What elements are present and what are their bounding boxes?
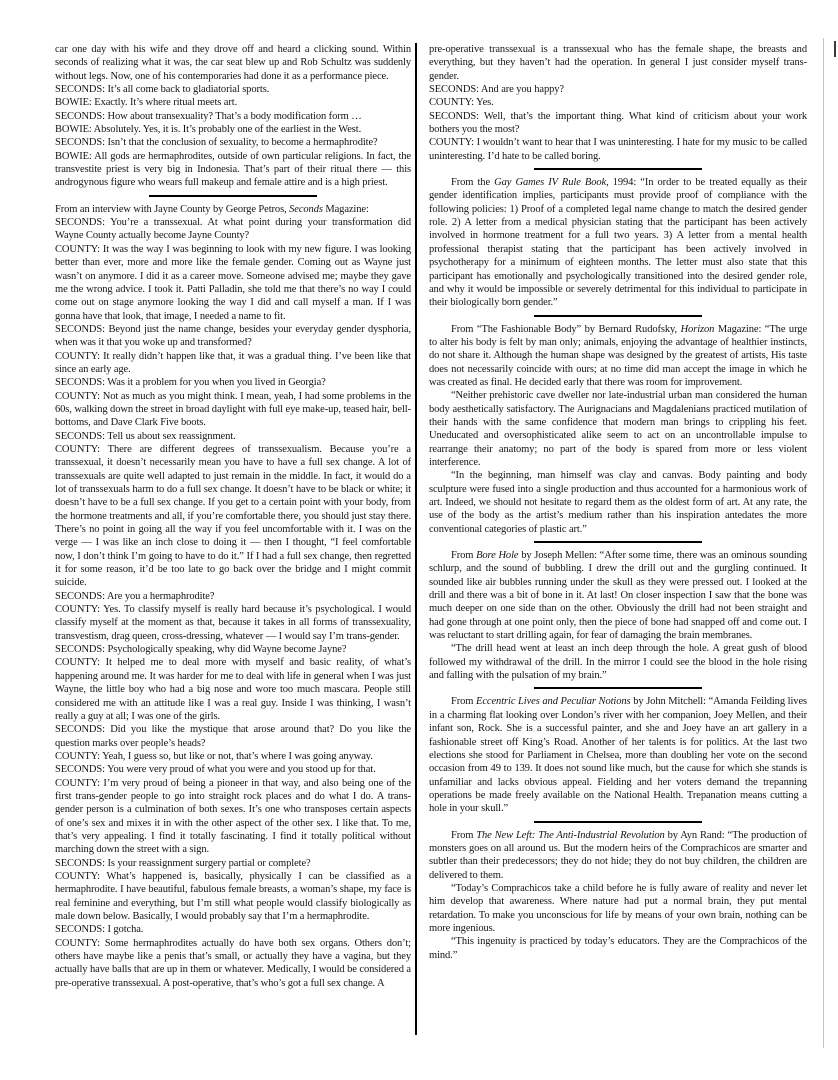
paragraph: “Neither prehistoric cave dweller nor la… <box>429 389 807 469</box>
paragraph: COUNTY: What’s happened is, basically, p… <box>55 870 411 923</box>
text-run: SECONDS: Was it a problem for you when y… <box>55 377 326 388</box>
text-run: by Joseph Mellen: “After some time, ther… <box>429 550 807 641</box>
paragraph: From The New Left: The Anti-Industrial R… <box>429 829 807 882</box>
text-run: SECONDS: Is your reassignment surgery pa… <box>55 858 311 869</box>
paragraph: SECONDS: You were very proud of what you… <box>55 763 411 776</box>
text-run: car one day with his wife and they drove… <box>55 44 411 82</box>
text-run: From the <box>451 177 494 188</box>
two-column-layout: car one day with his wife and they drove… <box>55 43 807 1035</box>
paragraph: From Eccentric Lives and Peculiar Notion… <box>429 695 807 815</box>
section-separator-rule <box>534 821 702 823</box>
text-run: SECONDS: Isn’t that the conclusion of se… <box>55 137 378 148</box>
italic-title-run: Eccentric Lives and Peculiar Notions <box>476 696 630 707</box>
paragraph: From an interview with Jayne County by G… <box>55 203 411 216</box>
paragraph: COUNTY: It was the way I was beginning t… <box>55 243 411 323</box>
text-run: SECONDS: You were very proud of what you… <box>55 764 376 775</box>
paragraph: SECONDS: Did you like the mystique that … <box>55 723 411 750</box>
paragraph: COUNTY: Not as much as you might think. … <box>55 390 411 430</box>
text-run: COUNTY: Not as much as you might think. … <box>55 391 411 429</box>
text-run: COUNTY: Yeah, I guess so, but like or no… <box>55 751 373 762</box>
section-separator-rule <box>534 168 702 170</box>
paragraph: SECONDS: Are you a hermaphrodite? <box>55 590 411 603</box>
text-run: BOWIE: All gods are hermaphrodites, outs… <box>55 151 411 189</box>
text-run: Magazine: <box>323 204 369 215</box>
paragraph: COUNTY: Yeah, I guess so, but like or no… <box>55 750 411 763</box>
paragraph: COUNTY: Yes. To classify myself is reall… <box>55 603 411 643</box>
text-run: From <box>451 550 476 561</box>
paragraph: SECONDS: How about transexuality? That’s… <box>55 110 411 123</box>
italic-title-run: Bore Hole <box>476 550 518 561</box>
text-run: From “The Fashionable Body” by Bernard R… <box>451 324 681 335</box>
text-run: “In the beginning, man himself was clay … <box>429 470 807 534</box>
text-run: COUNTY: I wouldn’t want to hear that I w… <box>429 137 807 161</box>
paragraph: SECONDS: Is your reassignment surgery pa… <box>55 857 411 870</box>
text-run: SECONDS: Tell us about sex reassignment. <box>55 431 236 442</box>
italic-title-run: Gay Games IV Rule Book <box>494 177 606 188</box>
text-run: COUNTY: Yes. To classify myself is reall… <box>55 604 411 642</box>
left-column: car one day with his wife and they drove… <box>55 43 411 990</box>
paragraph: BOWIE: Absolutely. Yes, it is. It’s prob… <box>55 123 411 136</box>
paragraph: COUNTY: It helped me to deal more with m… <box>55 656 411 723</box>
text-run: SECONDS: And are you happy? <box>429 84 564 95</box>
paragraph: BOWIE: All gods are hermaphrodites, outs… <box>55 150 411 190</box>
text-run: BOWIE: Exactly. It’s where ritual meets … <box>55 97 237 108</box>
paragraph: “Today’s Comprachicos take a child befor… <box>429 882 807 935</box>
text-run: COUNTY: There are different degrees of t… <box>55 444 411 588</box>
section-separator-rule <box>149 195 317 197</box>
paragraph: SECONDS: Isn’t that the conclusion of se… <box>55 136 411 149</box>
text-run: “This ingenuity is practiced by today’s … <box>429 936 807 960</box>
paragraph: COUNTY: It really didn’t happen like tha… <box>55 350 411 377</box>
paragraph: SECONDS: It’s all come back to gladiator… <box>55 83 411 96</box>
paragraph: BOWIE: Exactly. It’s where ritual meets … <box>55 96 411 109</box>
text-run: SECONDS: Did you like the mystique that … <box>55 724 411 748</box>
section-separator-rule <box>534 687 702 689</box>
paragraph: car one day with his wife and they drove… <box>55 43 411 83</box>
paragraph: From Bore Hole by Joseph Mellen: “After … <box>429 549 807 642</box>
text-run: “Today’s Comprachicos take a child befor… <box>429 883 807 934</box>
paragraph: SECONDS: Well, that’s the important thin… <box>429 110 807 137</box>
italic-title-run: Seconds <box>289 204 323 215</box>
text-run: From <box>451 696 476 707</box>
text-run: COUNTY: It helped me to deal more with m… <box>55 657 411 721</box>
scanned-magazine-page: car one day with his wife and they drove… <box>0 0 838 1080</box>
paragraph: pre-operative transsexual is a transsexu… <box>429 43 807 83</box>
italic-title-run: Horizon <box>681 324 715 335</box>
paragraph: SECONDS: And are you happy? <box>429 83 807 96</box>
paragraph: From the Gay Games IV Rule Book, 1994: “… <box>429 176 807 309</box>
paragraph: SECONDS: Beyond just the name change, be… <box>55 323 411 350</box>
text-run: COUNTY: It really didn’t happen like tha… <box>55 351 411 375</box>
text-run: COUNTY: I’m very proud of being a pionee… <box>55 778 411 856</box>
text-run: “Neither prehistoric cave dweller nor la… <box>429 390 807 468</box>
text-run: COUNTY: Some hermaphrodites actually do … <box>55 938 411 989</box>
paragraph: “In the beginning, man himself was clay … <box>429 469 807 536</box>
text-run: “The drill head went at least an inch de… <box>429 643 807 681</box>
paragraph: SECONDS: Was it a problem for you when y… <box>55 376 411 389</box>
text-run: SECONDS: You’re a transsexual. At what p… <box>55 217 411 241</box>
text-run: SECONDS: I gotcha. <box>55 924 143 935</box>
paragraph: SECONDS: Tell us about sex reassignment. <box>55 430 411 443</box>
text-run: by John Mitchell: “Amanda Feilding lives… <box>429 696 807 814</box>
text-run: pre-operative transsexual is a transsexu… <box>429 44 807 82</box>
text-run: SECONDS: How about transexuality? That’s… <box>55 111 362 122</box>
text-run: COUNTY: What’s happened is, basically, p… <box>55 871 411 922</box>
text-run: From an interview with Jayne County by G… <box>55 204 289 215</box>
paragraph: SECONDS: You’re a transsexual. At what p… <box>55 216 411 243</box>
text-run: COUNTY: Yes. <box>429 97 494 108</box>
column-divider-rule <box>415 43 417 1035</box>
paragraph: “The drill head went at least an inch de… <box>429 642 807 682</box>
paragraph: From “The Fashionable Body” by Bernard R… <box>429 323 807 390</box>
paragraph: SECONDS: I gotcha. <box>55 923 411 936</box>
paragraph: “This ingenuity is practiced by today’s … <box>429 935 807 962</box>
right-column: pre-operative transsexual is a transsexu… <box>429 43 807 962</box>
text-run: From <box>451 830 476 841</box>
text-run: , 1994: “In order to be treated equally … <box>429 177 807 308</box>
text-run: BOWIE: Absolutely. Yes, it is. It’s prob… <box>55 124 361 135</box>
paragraph: COUNTY: I wouldn’t want to hear that I w… <box>429 136 807 163</box>
italic-title-run: The New Left: The Anti-Industrial Revolu… <box>476 830 664 841</box>
paragraph: COUNTY: There are different degrees of t… <box>55 443 411 590</box>
text-run: SECONDS: Psychologically speaking, why d… <box>55 644 346 655</box>
section-separator-rule <box>534 541 702 543</box>
paragraph: COUNTY: I’m very proud of being a pionee… <box>55 777 411 857</box>
paragraph: SECONDS: Psychologically speaking, why d… <box>55 643 411 656</box>
scan-edge-artifact-tick <box>834 41 836 57</box>
paragraph: COUNTY: Yes. <box>429 96 807 109</box>
text-run: SECONDS: Beyond just the name change, be… <box>55 324 411 348</box>
scan-edge-artifact-line <box>823 38 824 1048</box>
text-run: SECONDS: It’s all come back to gladiator… <box>55 84 269 95</box>
text-run: SECONDS: Are you a hermaphrodite? <box>55 591 214 602</box>
section-separator-rule <box>534 315 702 317</box>
paragraph: COUNTY: Some hermaphrodites actually do … <box>55 937 411 990</box>
text-run: COUNTY: It was the way I was beginning t… <box>55 244 411 322</box>
text-run: SECONDS: Well, that’s the important thin… <box>429 111 807 135</box>
